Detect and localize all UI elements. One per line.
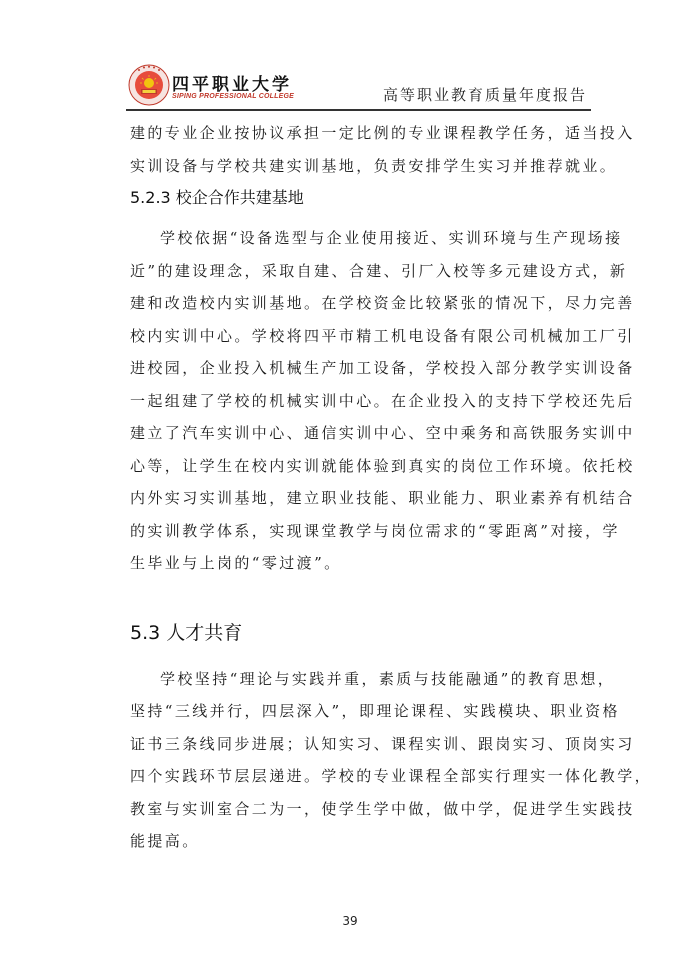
section-5-3-paragraph: 学校坚持“理论与实践并重，素质与技能融通”的教育思想， 坚持“三线并行，四层深入… [130,663,600,858]
text-line: 的实训教学体系，实现课堂教学与岗位需求的“零距离”对接，学 [130,515,600,548]
text-line: 建的专业企业按协议承担一定比例的专业课程教学任务，适当投入 [130,117,600,150]
page-content: 建的专业企业按协议承担一定比例的专业课程教学任务，适当投入 实训设备与学校共建实… [130,117,600,858]
section-5-2-3-paragraph: 学校依据“设备选型与企业使用接近、实训环境与生产现场接 近”的建设理念，采取自建… [130,222,600,580]
text-line: 建和改造校内实训基地。在学校资金比较紧张的情况下，尽力完善 [130,287,600,320]
text-line: 校内实训中心。学校将四平市精工机电设备有限公司机械加工厂引 [130,320,600,353]
text-line: 建立了汽车实训中心、通信实训中心、空中乘务和高铁服务实训中 [130,417,600,450]
section-heading-5-3: 5.3 人才共育 [130,618,600,645]
text-line: 一起组建了学校的机械实训中心。在企业投入的支持下学校还先后 [130,385,600,418]
page-number: 39 [0,914,700,928]
college-emblem-icon [128,64,170,106]
header-divider [126,109,591,111]
text-line: 实训设备与学校共建实训基地，负责安排学生实习并推荐就业。 [130,150,600,183]
report-title: 高等职业教育质量年度报告 [383,84,587,105]
text-line: 教室与实训室合二为一，使学生学中做，做中学，促进学生实践技 [130,793,600,826]
college-name-en: SIPING PROFESSIONAL COLLEGE [172,93,294,100]
text-line: 近”的建设理念，采取自建、合建、引厂入校等多元建设方式，新 [130,255,600,288]
text-line: 证书三条线同步进展；认知实习、课程实训、跟岗实习、顶岗实习 [130,728,600,761]
intro-paragraph: 建的专业企业按协议承担一定比例的专业课程教学任务，适当投入 实训设备与学校共建实… [130,117,600,182]
college-logo: 四平职业大学 SIPING PROFESSIONAL COLLEGE [126,64,326,108]
section-heading-5-2-3: 5.2.3 校企合作共建基地 [130,183,600,213]
page-header: 四平职业大学 SIPING PROFESSIONAL COLLEGE 高等职业教… [126,60,591,110]
text-line: 四个实践环节层层递进。学校的专业课程全部实行理实一体化教学， [130,760,600,793]
text-line: 生毕业与上岗的“零过渡”。 [130,547,600,580]
text-line: 学校依据“设备选型与企业使用接近、实训环境与生产现场接 [130,222,600,255]
text-line: 坚持“三线并行，四层深入”，即理论课程、实践模块、职业资格 [130,695,600,728]
text-line: 心等，让学生在校内实训就能体验到真实的岗位工作环境。依托校 [130,450,600,483]
text-line: 内外实习实训基地，建立职业技能、职业能力、职业素养有机结合 [130,482,600,515]
text-line: 进校园，企业投入机械生产加工设备，学校投入部分教学实训设备 [130,352,600,385]
text-line: 学校坚持“理论与实践并重，素质与技能融通”的教育思想， [130,663,600,696]
text-line: 能提高。 [130,825,600,858]
college-name-cn: 四平职业大学 [172,70,292,95]
